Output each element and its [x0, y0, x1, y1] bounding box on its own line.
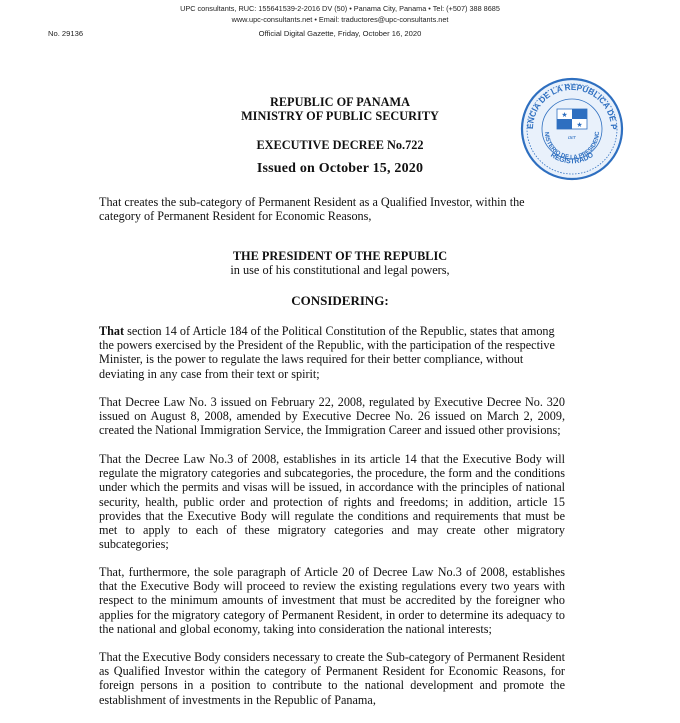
- considering-paragraph: That the Executive Body considers necess…: [99, 650, 565, 707]
- heading-decree-number: EXECUTIVE DECREE No.722: [0, 138, 680, 152]
- paragraph-text: section 14 of Article 184 of the Politic…: [99, 324, 555, 381]
- heading-republic: REPUBLIC OF PANAMA: [0, 95, 680, 109]
- heading-ministry: MINISTRY OF PUBLIC SECURITY: [0, 109, 680, 123]
- gazette-header: No. 29136 Official Digital Gazette, Frid…: [0, 29, 680, 41]
- heading-issued-date: Issued on October 15, 2020: [0, 161, 680, 177]
- considering-paragraph: That the Decree Law No.3 of 2008, establ…: [99, 452, 565, 551]
- president-subtitle: in use of his constitutional and legal p…: [0, 263, 680, 277]
- letterhead-company-line: UPC consultants, RUC: 155641539-2-2016 D…: [0, 3, 680, 14]
- letterhead-contact-line: www.upc-consultants.net • Email: traduct…: [0, 14, 680, 25]
- considering-paragraph: That section 14 of Article 184 of the Po…: [99, 324, 565, 381]
- considering-paragraph: That Decree Law No. 3 issued on February…: [99, 395, 565, 438]
- translator-letterhead: UPC consultants, RUC: 155641539-2-2016 D…: [0, 3, 680, 25]
- decree-intro: That creates the sub-category of Permane…: [99, 195, 565, 223]
- considering-heading: CONSIDERING:: [0, 293, 680, 308]
- gazette-title: Official Digital Gazette, Friday, Octobe…: [0, 29, 680, 38]
- paragraph-lead: That: [99, 324, 124, 338]
- considering-paragraph: That, furthermore, the sole paragraph of…: [99, 565, 565, 636]
- president-title: THE PRESIDENT OF THE REPUBLIC: [0, 249, 680, 263]
